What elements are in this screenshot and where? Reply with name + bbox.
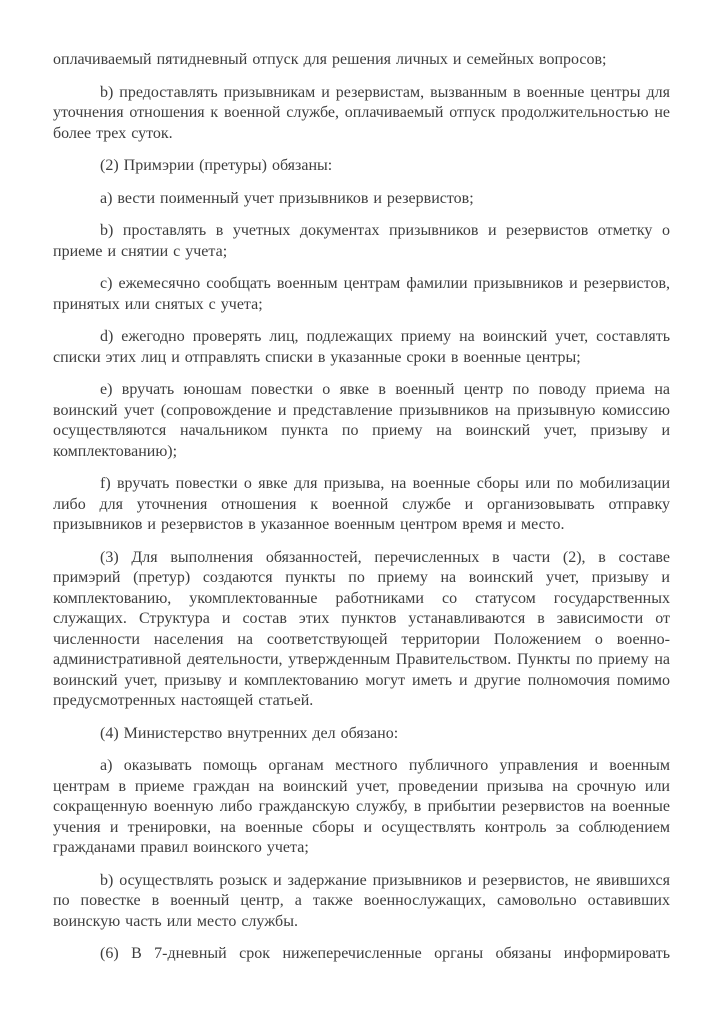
clause-part1-item-b: b) предоставлять призывникам и резервист… xyxy=(53,83,670,145)
clause-part2-item-d: d) ежегодно проверять лиц, подлежащих пр… xyxy=(53,327,670,368)
clause-part2-item-f: f) вручать повестки о явке для призыва, … xyxy=(53,474,670,536)
clause-part3: (3) Для выполнения обязанностей, перечис… xyxy=(53,548,670,712)
document-page: оплачиваемый пятидневный отпуск для реше… xyxy=(0,0,724,1024)
clause-part2-item-c: c) ежемесячно сообщать военным центрам ф… xyxy=(53,274,670,315)
clause-part2-item-a: a) вести поименный учет призывников и ре… xyxy=(53,189,670,210)
paragraph-continuation: оплачиваемый пятидневный отпуск для реше… xyxy=(53,50,670,71)
clause-part2-heading: (2) Примэрии (претуры) обязаны: xyxy=(53,156,670,177)
clause-part4-heading: (4) Министерство внутренних дел обязано: xyxy=(53,724,670,745)
clause-part2-item-b: b) проставлять в учетных документах приз… xyxy=(53,221,670,262)
clause-part2-item-e: e) вручать юношам повестки о явке в воен… xyxy=(53,380,670,462)
clause-part4-item-b: b) осуществлять розыск и задержание приз… xyxy=(53,871,670,933)
clause-part6-opening: (6) В 7-дневный срок нижеперечисленные о… xyxy=(53,944,670,965)
clause-part4-item-a: a) оказывать помощь органам местного пуб… xyxy=(53,756,670,859)
